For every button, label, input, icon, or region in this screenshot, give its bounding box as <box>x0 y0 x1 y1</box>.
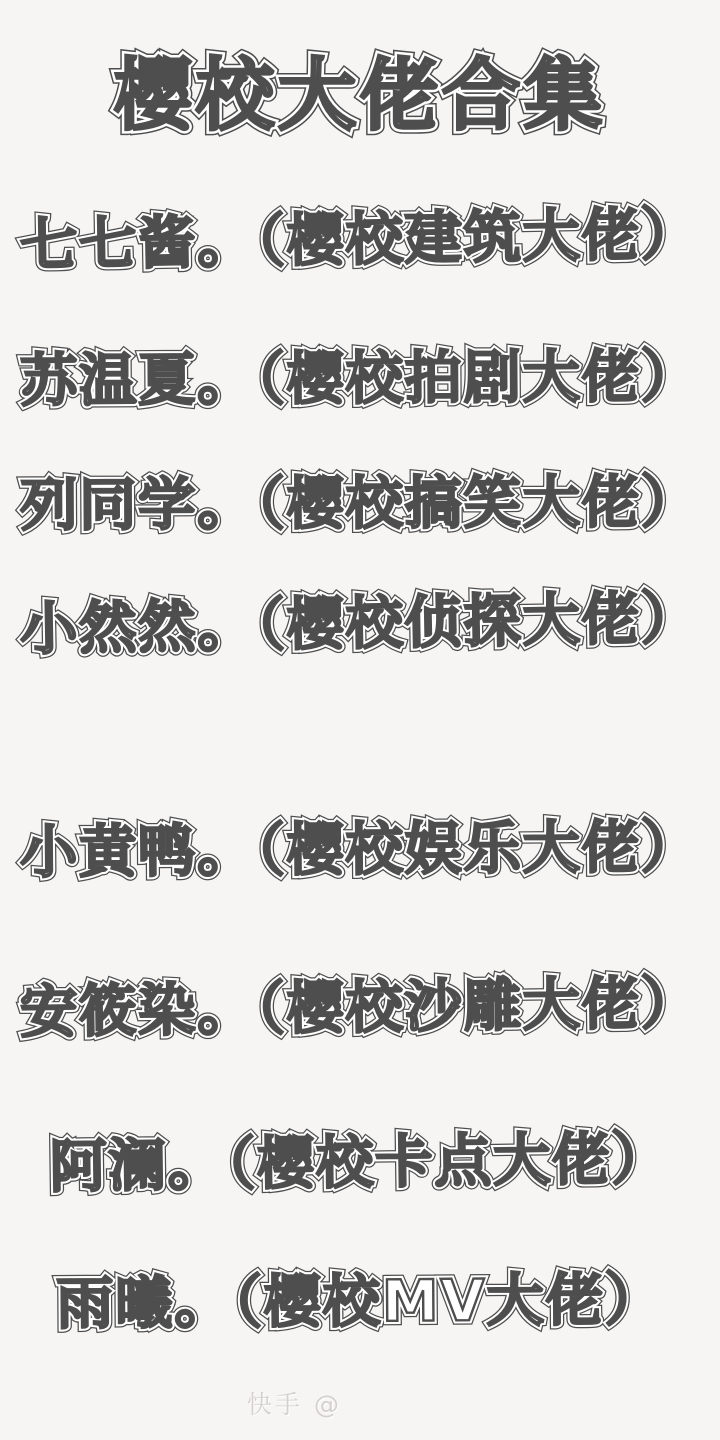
entry-text-stack: 七七酱。（樱校建筑大佬） 七七酱。（樱校建筑大佬） 七七酱。（樱校建筑大佬） <box>20 202 701 279</box>
entry-text: 小黄鸭。（樱校娱乐大佬） <box>20 815 700 886</box>
entry-text: 小然然。（樱校侦探大佬） <box>20 586 701 663</box>
entry-text-stack: 阿澜。（樱校卡点大佬） 阿澜。（樱校卡点大佬） 阿澜。（樱校卡点大佬） <box>49 1127 670 1201</box>
entry-line-alan: 阿澜。（樱校卡点大佬） 阿澜。（樱校卡点大佬） 阿澜。（樱校卡点大佬） <box>0 1126 720 1202</box>
entry-text-stack: 小然然。（樱校侦探大佬） 小然然。（樱校侦探大佬） 小然然。（樱校侦探大佬） <box>20 586 701 663</box>
entry-line-qiqijiang: 七七酱。（樱校建筑大佬） 七七酱。（樱校建筑大佬） 七七酱。（樱校建筑大佬） <box>0 202 720 280</box>
title-text-stack: 樱校大佬合集 樱校大佬合集 樱校大佬合集 <box>114 52 606 142</box>
entry-text: 雨曦。（樱校MV大佬） <box>56 1268 664 1338</box>
entry-line-lietongxue: 列同学。（樱校搞笑大佬） 列同学。（樱校搞笑大佬） 列同学。（樱校搞笑大佬） <box>0 470 720 539</box>
entry-text: 苏温夏。（樱校拍剧大佬） <box>20 345 700 415</box>
entry-text-stack: 列同学。（樱校搞笑大佬） 列同学。（樱校搞笑大佬） 列同学。（樱校搞笑大佬） <box>20 470 700 539</box>
entry-text-stack: 安筱染。（樱校沙雕大佬） 安筱染。（樱校沙雕大佬） 安筱染。（樱校沙雕大佬） <box>20 971 700 1046</box>
entry-text: 列同学。（樱校搞笑大佬） <box>20 470 700 539</box>
entry-text-stack: 苏温夏。（樱校拍剧大佬） 苏温夏。（樱校拍剧大佬） 苏温夏。（樱校拍剧大佬） <box>20 345 700 415</box>
entry-line-anxiaoran: 安筱染。（樱校沙雕大佬） 安筱染。（樱校沙雕大佬） 安筱染。（樱校沙雕大佬） <box>0 971 720 1047</box>
poster-canvas: 樱校大佬合集 樱校大佬合集 樱校大佬合集 七七酱。（樱校建筑大佬） 七七酱。（樱… <box>0 0 720 1440</box>
entry-text: 阿澜。（樱校卡点大佬） <box>49 1127 670 1201</box>
entry-text-stack: 雨曦。（樱校MV大佬） 雨曦。（樱校MV大佬） 雨曦。（樱校MV大佬） <box>56 1268 664 1338</box>
entry-text: 安筱染。（樱校沙雕大佬） <box>20 971 700 1046</box>
entry-line-suwenxia: 苏温夏。（樱校拍剧大佬） 苏温夏。（樱校拍剧大佬） 苏温夏。（樱校拍剧大佬） <box>0 344 720 415</box>
entry-line-xiaohuangya: 小黄鸭。（樱校娱乐大佬） 小黄鸭。（樱校娱乐大佬） 小黄鸭。（樱校娱乐大佬） <box>0 815 720 887</box>
entry-line-xiaoranran: 小然然。（樱校侦探大佬） 小然然。（樱校侦探大佬） 小然然。（樱校侦探大佬） <box>0 586 720 664</box>
entry-text: 七七酱。（樱校建筑大佬） <box>20 202 701 279</box>
title-text: 樱校大佬合集 <box>114 52 606 142</box>
kuaishou-watermark: 快手 @ <box>247 1385 342 1421</box>
entry-text-stack: 小黄鸭。（樱校娱乐大佬） 小黄鸭。（樱校娱乐大佬） 小黄鸭。（樱校娱乐大佬） <box>20 815 700 886</box>
page-title: 樱校大佬合集 樱校大佬合集 樱校大佬合集 <box>0 52 720 142</box>
entry-line-yuxi: 雨曦。（樱校MV大佬） 雨曦。（樱校MV大佬） 雨曦。（樱校MV大佬） <box>0 1267 720 1338</box>
